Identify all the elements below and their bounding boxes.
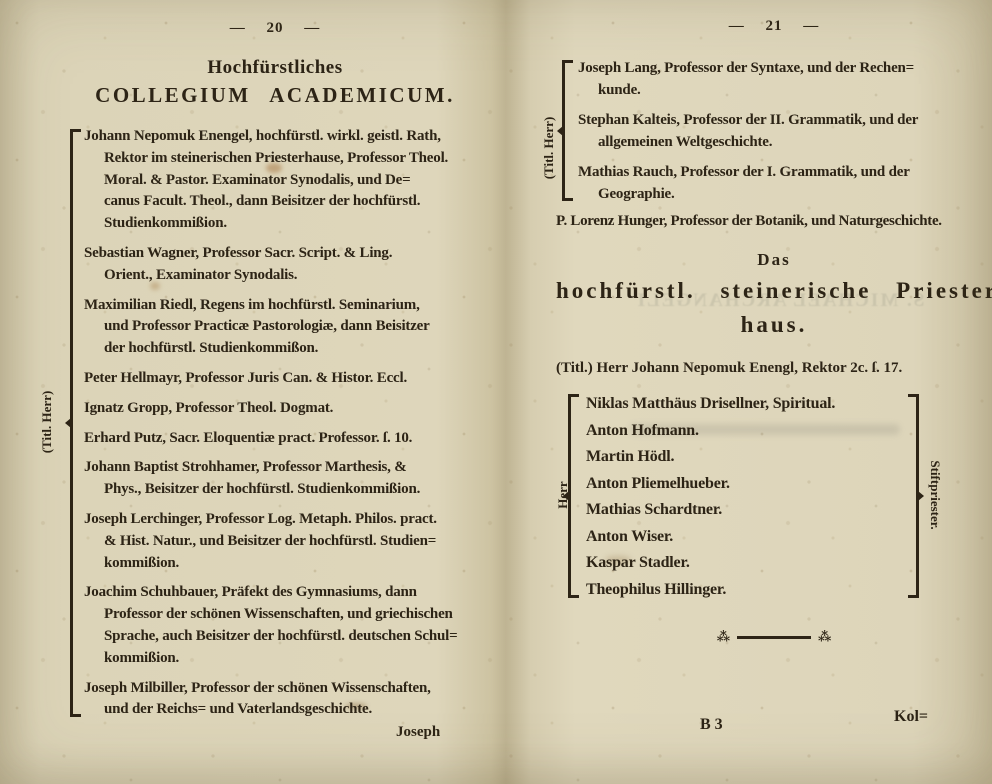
directory-entry: Stephan Kalteis, Professor der II. Gramm… — [578, 109, 992, 153]
catchword-right: Kol= — [894, 708, 928, 726]
entry-line: Sprache, auch Beisitzer der hochfürstl. … — [84, 626, 492, 648]
ornament-divider: ⁂ ⁂ — [556, 629, 992, 645]
entry-line: Maximilian Riedl, Regens im hochfürstl. … — [84, 295, 492, 317]
entry-line: canus Facult. Theol., dann Beisitzer der… — [84, 191, 492, 213]
entry-line: Moral. & Pastor. Examinator Synodalis, u… — [84, 170, 492, 192]
catchword-left: Joseph — [396, 724, 440, 741]
entry-line: Joseph Lang, Professor der Syntaxe, und … — [578, 57, 992, 79]
entry-line: Phys., Beisitzer der hochfürstl. Studien… — [84, 479, 492, 501]
entry-line: kunde. — [578, 79, 992, 101]
entry-line: Studienkommißion. — [84, 213, 492, 235]
directory-entry: Joseph Lerchinger, Professor Log. Metaph… — [84, 509, 492, 574]
entry-line: Joachim Schuhbauer, Präfekt des Gymnasiu… — [84, 582, 492, 604]
hunger-entry-line: P. Lorenz Hunger, Professor der Botanik,… — [556, 213, 992, 230]
directory-entry: Johann Baptist Strohhamer, Professor Mar… — [84, 457, 492, 501]
priest-name: Niklas Matthäus Drisellner, Spiritual. — [586, 391, 992, 418]
book-scan: S. MICHAEL ARCHANGELI — 20 — Hochfürstli… — [0, 0, 992, 784]
entry-line: Stephan Kalteis, Professor der II. Gramm… — [578, 109, 992, 131]
heading-hochfuerstliches: Hochfürstliches — [58, 57, 492, 79]
professor-directory-continued: Joseph Lang, Professor der Syntaxe, und … — [556, 57, 992, 205]
entry-line: Rektor im steinerischen Priesterhause, P… — [84, 148, 492, 170]
group-bracket-left-page — [70, 129, 81, 717]
section-heading-priesterhaus: hochfürstl. steinerische Priester= — [556, 278, 992, 304]
directory-entry: Joseph Lang, Professor der Syntaxe, und … — [578, 57, 992, 101]
entry-line: Joseph Milbiller, Professor der schönen … — [84, 678, 492, 700]
section-heading-das: Das — [556, 250, 992, 270]
entry-line: Peter Hellmayr, Professor Juris Can. & H… — [84, 368, 492, 390]
directory-entry: Peter Hellmayr, Professor Juris Can. & H… — [84, 368, 492, 390]
entry-line: Sebastian Wagner, Professor Sacr. Script… — [84, 243, 492, 265]
signature-mark: B 3 — [700, 716, 723, 734]
directory-entry: Joseph Milbiller, Professor der schönen … — [84, 678, 492, 722]
entry-line: Professor der schönen Wissenschaften, un… — [84, 604, 492, 626]
professor-directory: Johann Nepomuk Enengel, hochfürstl. wirk… — [58, 126, 492, 721]
directory-entry: Johann Nepomuk Enengel, hochfürstl. wirk… — [84, 126, 492, 235]
divider-rule — [737, 636, 811, 639]
directory-entry: Sebastian Wagner, Professor Sacr. Script… — [84, 243, 492, 287]
directory-entry: Maximilian Riedl, Regens im hochfürstl. … — [84, 295, 492, 360]
entry-line: der hochfürstl. Studienkommißon. — [84, 338, 492, 360]
entry-line: und der Reichs= und Vaterlandsgeschichte… — [84, 699, 492, 721]
directory-entry: Mathias Rauch, Professor der I. Grammati… — [578, 161, 992, 205]
herr-label: Herr — [555, 473, 569, 517]
entry-line: Ignatz Gropp, Professor Theol. Dogmat. — [84, 398, 492, 420]
entry-line: kommißion. — [84, 553, 492, 575]
page-number-left: — 20 — — [58, 20, 492, 37]
entry-line: & Hist. Natur., und Beisitzer der hochfü… — [84, 531, 492, 553]
directory-entry: Ignatz Gropp, Professor Theol. Dogmat. — [84, 398, 492, 420]
heading-collegium-academicum: COLLEGIUM ACADEMICUM. — [58, 83, 492, 108]
entry-line: Orient., Examinator Synodalis. — [84, 265, 492, 287]
entry-line: kommißion. — [84, 648, 492, 670]
rektor-reference-line: (Titl.) Herr Johann Nepomuk Enengl, Rekt… — [556, 360, 992, 377]
priest-list: Niklas Matthäus Drisellner, Spiritual. A… — [556, 391, 992, 603]
group-bracket-right-page — [562, 60, 573, 201]
directory-entry: Joachim Schuhbauer, Präfekt des Gymnasiu… — [84, 582, 492, 669]
fleuron-icon: ⁂ — [717, 629, 730, 645]
directory-entry: Erhard Putz, Sacr. Eloquentiæ pract. Pro… — [84, 428, 492, 450]
titl-herr-label-right: (Titl. Herr) — [541, 103, 557, 193]
entry-line: Erhard Putz, Sacr. Eloquentiæ pract. Pro… — [84, 428, 492, 450]
entry-line: Johann Nepomuk Enengel, hochfürstl. wirk… — [84, 126, 492, 148]
entry-line: Johann Baptist Strohhamer, Professor Mar… — [84, 457, 492, 479]
entry-line: allgemeinen Weltgeschichte. — [578, 131, 992, 153]
entry-line: Geographie. — [578, 183, 992, 205]
fleuron-icon: ⁂ — [818, 629, 831, 645]
section-heading-haus: haus. — [556, 312, 992, 338]
entry-line: und Professor Practicæ Pastorologiæ, dan… — [84, 316, 492, 338]
page-number-right: — 21 — — [556, 18, 992, 35]
titl-herr-label-left: (Titl. Herr) — [39, 377, 55, 467]
entry-line: Joseph Lerchinger, Professor Log. Metaph… — [84, 509, 492, 531]
priest-name: Theophilus Hillinger. — [586, 577, 992, 604]
page-left: — 20 — Hochfürstliches COLLEGIUM ACADEMI… — [58, 12, 492, 729]
page-right: — 21 — Joseph Lang, Professor der Syntax… — [556, 10, 992, 645]
priest-list-right-brace — [908, 394, 919, 598]
entry-line: Mathias Rauch, Professor der I. Grammati… — [578, 161, 992, 183]
stiftpriester-label: Stiftpriester. — [929, 430, 943, 560]
